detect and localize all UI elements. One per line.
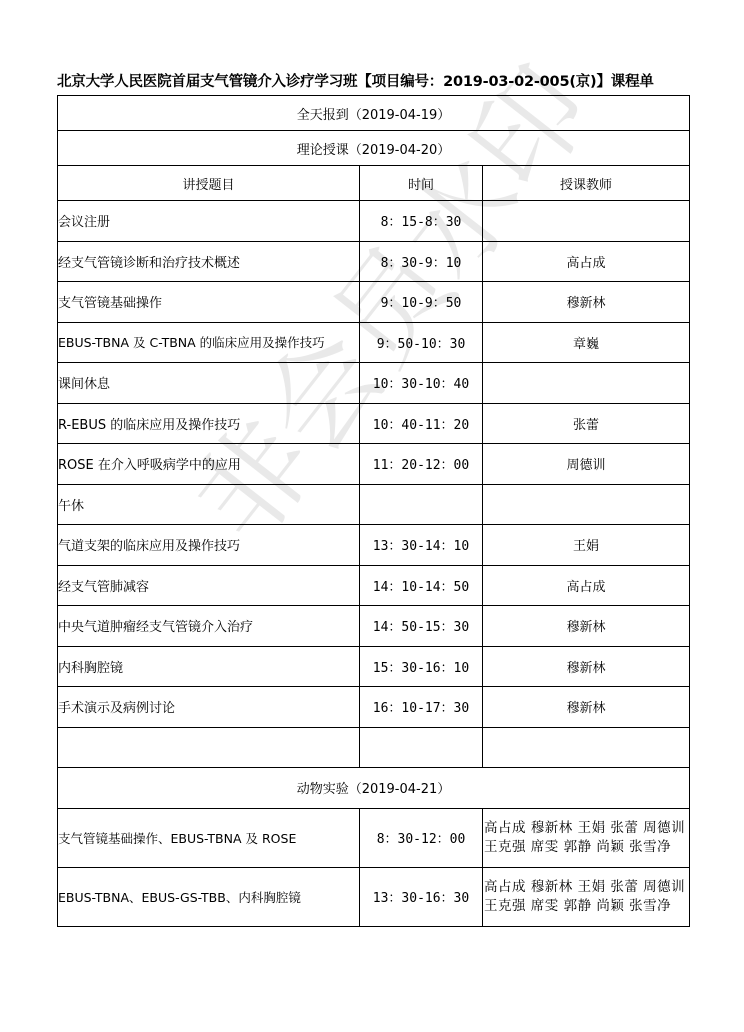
topic-cell: 支气管镜基础操作、EBUS-TBNA 及 ROSE [58, 808, 360, 867]
table-row: ROSE 在介入呼吸病学中的应用 11：20-12：00 周德训 [58, 444, 690, 485]
topic-cell [58, 727, 360, 768]
section-row-theory: 理论授课（2019-04-20） [58, 131, 690, 166]
time-cell: 11：20-12：00 [360, 444, 483, 485]
time-cell: 14：50-15：30 [360, 606, 483, 647]
time-cell: 8：30-9：10 [360, 241, 483, 282]
header-row: 讲授题目 时间 授课教师 [58, 166, 690, 201]
table-row: 手术演示及病例讨论 16：10-17：30 穆新林 [58, 687, 690, 728]
topic-cell: 会议注册 [58, 201, 360, 242]
document-title: 北京大学人民医院首届支气管镜介入诊疗学习班【项目编号：2019-03-02-00… [57, 70, 697, 91]
teacher-cell: 穆新林 [483, 687, 690, 728]
teacher-cell: 穆新林 [483, 606, 690, 647]
time-cell: 10：40-11：20 [360, 403, 483, 444]
table-row: 支气管镜基础操作、EBUS-TBNA 及 ROSE 8：30-12：00 高占成… [58, 808, 690, 867]
header-teacher: 授课教师 [483, 166, 690, 201]
time-cell: 10：30-10：40 [360, 363, 483, 404]
teacher-cell: 高占成 [483, 565, 690, 606]
section-animal: 动物实验（2019-04-21） [58, 768, 690, 809]
table-row: EBUS-TBNA 及 C-TBNA 的临床应用及操作技巧 9：50-10：30… [58, 322, 690, 363]
topic-cell: 经支气管镜诊断和治疗技术概述 [58, 241, 360, 282]
topic-cell: 内科胸腔镜 [58, 646, 360, 687]
table-row: 中央气道肿瘤经支气管镜介入治疗 14：50-15：30 穆新林 [58, 606, 690, 647]
table-row: EBUS-TBNA、EBUS-GS-TBB、内科胸腔镜 13：30-16：30 … [58, 867, 690, 926]
table-row: 课间休息 10：30-10：40 [58, 363, 690, 404]
teacher-cell [483, 484, 690, 525]
topic-cell: 课间休息 [58, 363, 360, 404]
table-row: 支气管镜基础操作 9：10-9：50 穆新林 [58, 282, 690, 323]
table-row: 内科胸腔镜 15：30-16：10 穆新林 [58, 646, 690, 687]
time-cell: 9：10-9：50 [360, 282, 483, 323]
topic-cell: 气道支架的临床应用及操作技巧 [58, 525, 360, 566]
time-cell: 8：15-8：30 [360, 201, 483, 242]
topic-cell: 午休 [58, 484, 360, 525]
section-row-registration: 全天报到（2019-04-19） [58, 96, 690, 131]
time-cell: 16：10-17：30 [360, 687, 483, 728]
header-time: 时间 [360, 166, 483, 201]
time-cell [360, 484, 483, 525]
time-cell: 13：30-14：10 [360, 525, 483, 566]
teacher-cell: 章巍 [483, 322, 690, 363]
table-row: 气道支架的临床应用及操作技巧 13：30-14：10 王娟 [58, 525, 690, 566]
teacher-list: 高占成 穆新林 王娟 张蕾 周德训 王克强 席雯 郭静 尚颖 张雪净 [483, 819, 689, 857]
teacher-cell [483, 727, 690, 768]
topic-cell: 手术演示及病例讨论 [58, 687, 360, 728]
section-registration: 全天报到（2019-04-19） [58, 96, 690, 131]
section-theory: 理论授课（2019-04-20） [58, 131, 690, 166]
table-row: R-EBUS 的临床应用及操作技巧 10：40-11：20 张蕾 [58, 403, 690, 444]
topic-cell: ROSE 在介入呼吸病学中的应用 [58, 444, 360, 485]
topic-cell: 支气管镜基础操作 [58, 282, 360, 323]
teacher-list: 高占成 穆新林 王娟 张蕾 周德训 王克强 席雯 郭静 尚颖 张雪净 [483, 878, 689, 916]
topic-cell: R-EBUS 的临床应用及操作技巧 [58, 403, 360, 444]
time-cell [360, 727, 483, 768]
teacher-cell: 穆新林 [483, 282, 690, 323]
time-cell: 8：30-12：00 [360, 808, 483, 867]
time-cell: 14：10-14：50 [360, 565, 483, 606]
teacher-cell: 张蕾 [483, 403, 690, 444]
teacher-cell: 高占成 穆新林 王娟 张蕾 周德训 王克强 席雯 郭静 尚颖 张雪净 [483, 808, 690, 867]
section-row-animal: 动物实验（2019-04-21） [58, 768, 690, 809]
topic-cell: EBUS-TBNA 及 C-TBNA 的临床应用及操作技巧 [58, 322, 360, 363]
time-cell: 15：30-16：10 [360, 646, 483, 687]
course-schedule-table: 全天报到（2019-04-19） 理论授课（2019-04-20） 讲授题目 时… [57, 95, 690, 927]
teacher-cell: 周德训 [483, 444, 690, 485]
topic-cell: 中央气道肿瘤经支气管镜介入治疗 [58, 606, 360, 647]
time-cell: 9：50-10：30 [360, 322, 483, 363]
time-cell: 13：30-16：30 [360, 867, 483, 926]
teacher-cell [483, 363, 690, 404]
header-topic: 讲授题目 [58, 166, 360, 201]
topic-cell: EBUS-TBNA、EBUS-GS-TBB、内科胸腔镜 [58, 867, 360, 926]
teacher-cell: 高占成 穆新林 王娟 张蕾 周德训 王克强 席雯 郭静 尚颖 张雪净 [483, 867, 690, 926]
teacher-cell: 王娟 [483, 525, 690, 566]
table-row: 经支气管肺减容 14：10-14：50 高占成 [58, 565, 690, 606]
topic-cell: 经支气管肺减容 [58, 565, 360, 606]
teacher-cell: 穆新林 [483, 646, 690, 687]
table-row-empty [58, 727, 690, 768]
teacher-cell: 高占成 [483, 241, 690, 282]
table-row: 午休 [58, 484, 690, 525]
table-row: 会议注册 8：15-8：30 [58, 201, 690, 242]
teacher-cell [483, 201, 690, 242]
table-row: 经支气管镜诊断和治疗技术概述 8：30-9：10 高占成 [58, 241, 690, 282]
